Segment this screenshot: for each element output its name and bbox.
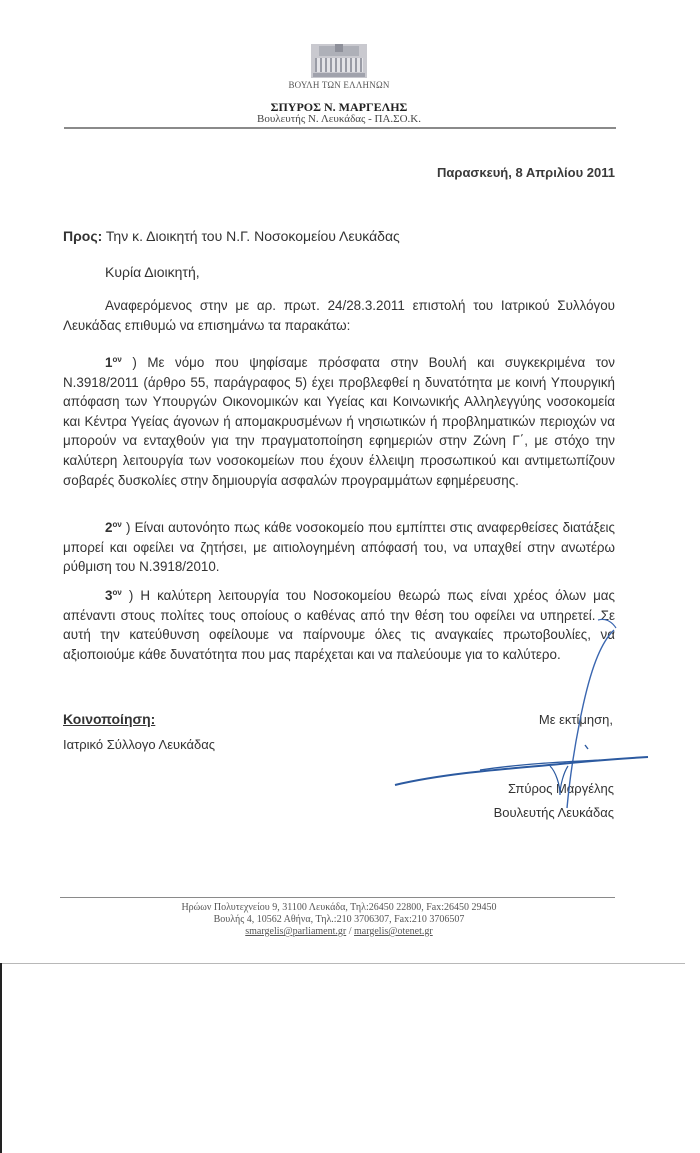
- point-1-paragraph: 1ον ) Με νόμο που ψηφίσαμε πρόσφατα στην…: [63, 350, 615, 490]
- hellenic-parliament-building-icon: [311, 44, 367, 78]
- signatory-role: Βουλευτής Λευκάδας: [494, 805, 614, 820]
- signatory-name: Σπύρος Μαργέλης: [508, 781, 614, 796]
- point-text: ) Είναι αυτονόητο πως κάθε νοσοκομείο πο…: [63, 520, 615, 574]
- point-text: ) Η καλύτερη λειτουργία του Νοσοκομείου …: [63, 588, 615, 662]
- institution-name: ΒΟΥΛΗ ΤΩΝ ΕΛΛΗΝΩΝ: [0, 80, 678, 90]
- closing: Με εκτίμηση,: [539, 712, 613, 727]
- point-suffix: ον: [112, 520, 121, 529]
- cc-value: Ιατρικό Σύλλογο Λευκάδας: [63, 737, 215, 752]
- footer-emails: smargelis@parliament.gr / margelis@otene…: [0, 926, 678, 938]
- scan-border: [0, 963, 2, 1153]
- header-divider: [64, 127, 616, 129]
- footer-address-athens: Βουλής 4, 10562 Αθήνα, Τηλ.:210 3706307,…: [0, 914, 678, 926]
- recipient-line: Προς: Την κ. Διοικητή του Ν.Γ. Νοσοκομεί…: [63, 228, 400, 244]
- point-suffix: ον: [112, 355, 121, 364]
- footer-address-lefkada: Ηρώων Πολυτεχνείου 9, 31100 Λευκάδα, Τηλ…: [0, 902, 678, 914]
- footer-divider: [60, 897, 615, 898]
- point-text: ) Με νόμο που ψηφίσαμε πρόσφατα στην Βου…: [63, 355, 615, 488]
- recipient-label: Προς:: [63, 228, 102, 244]
- recipient-value: Την κ. Διοικητή του Ν.Γ. Νοσοκομείου Λευ…: [106, 228, 400, 244]
- point-3-paragraph: 3ον ) Η καλύτερη λειτουργία του Νοσοκομε…: [63, 583, 615, 664]
- letter-page: ΒΟΥΛΗ ΤΩΝ ΕΛΛΗΝΩΝ ΣΠΥΡΟΣ Ν. ΜΑΡΓΕΛΗΣ Βου…: [0, 0, 700, 1153]
- point-suffix: ον: [112, 588, 121, 597]
- letter-date: Παρασκευή, 8 Απριλίου 2011: [437, 165, 615, 180]
- email-link-otenet[interactable]: margelis@otenet.gr: [354, 926, 433, 937]
- salutation: Κυρία Διοικητή,: [105, 264, 200, 280]
- cc-label: Κοινοποίηση:: [63, 711, 155, 727]
- sender-role: Βουλευτής Ν. Λευκάδας - ΠΑ.ΣΟ.Κ.: [0, 113, 678, 125]
- scan-page-edge: [0, 963, 685, 964]
- point-2-paragraph: 2ον ) Είναι αυτονόητο πως κάθε νοσοκομεί…: [63, 515, 615, 577]
- intro-paragraph: Αναφερόμενος στην με αρ. πρωτ. 24/28.3.2…: [63, 296, 615, 335]
- email-link-parliament[interactable]: smargelis@parliament.gr: [245, 926, 346, 937]
